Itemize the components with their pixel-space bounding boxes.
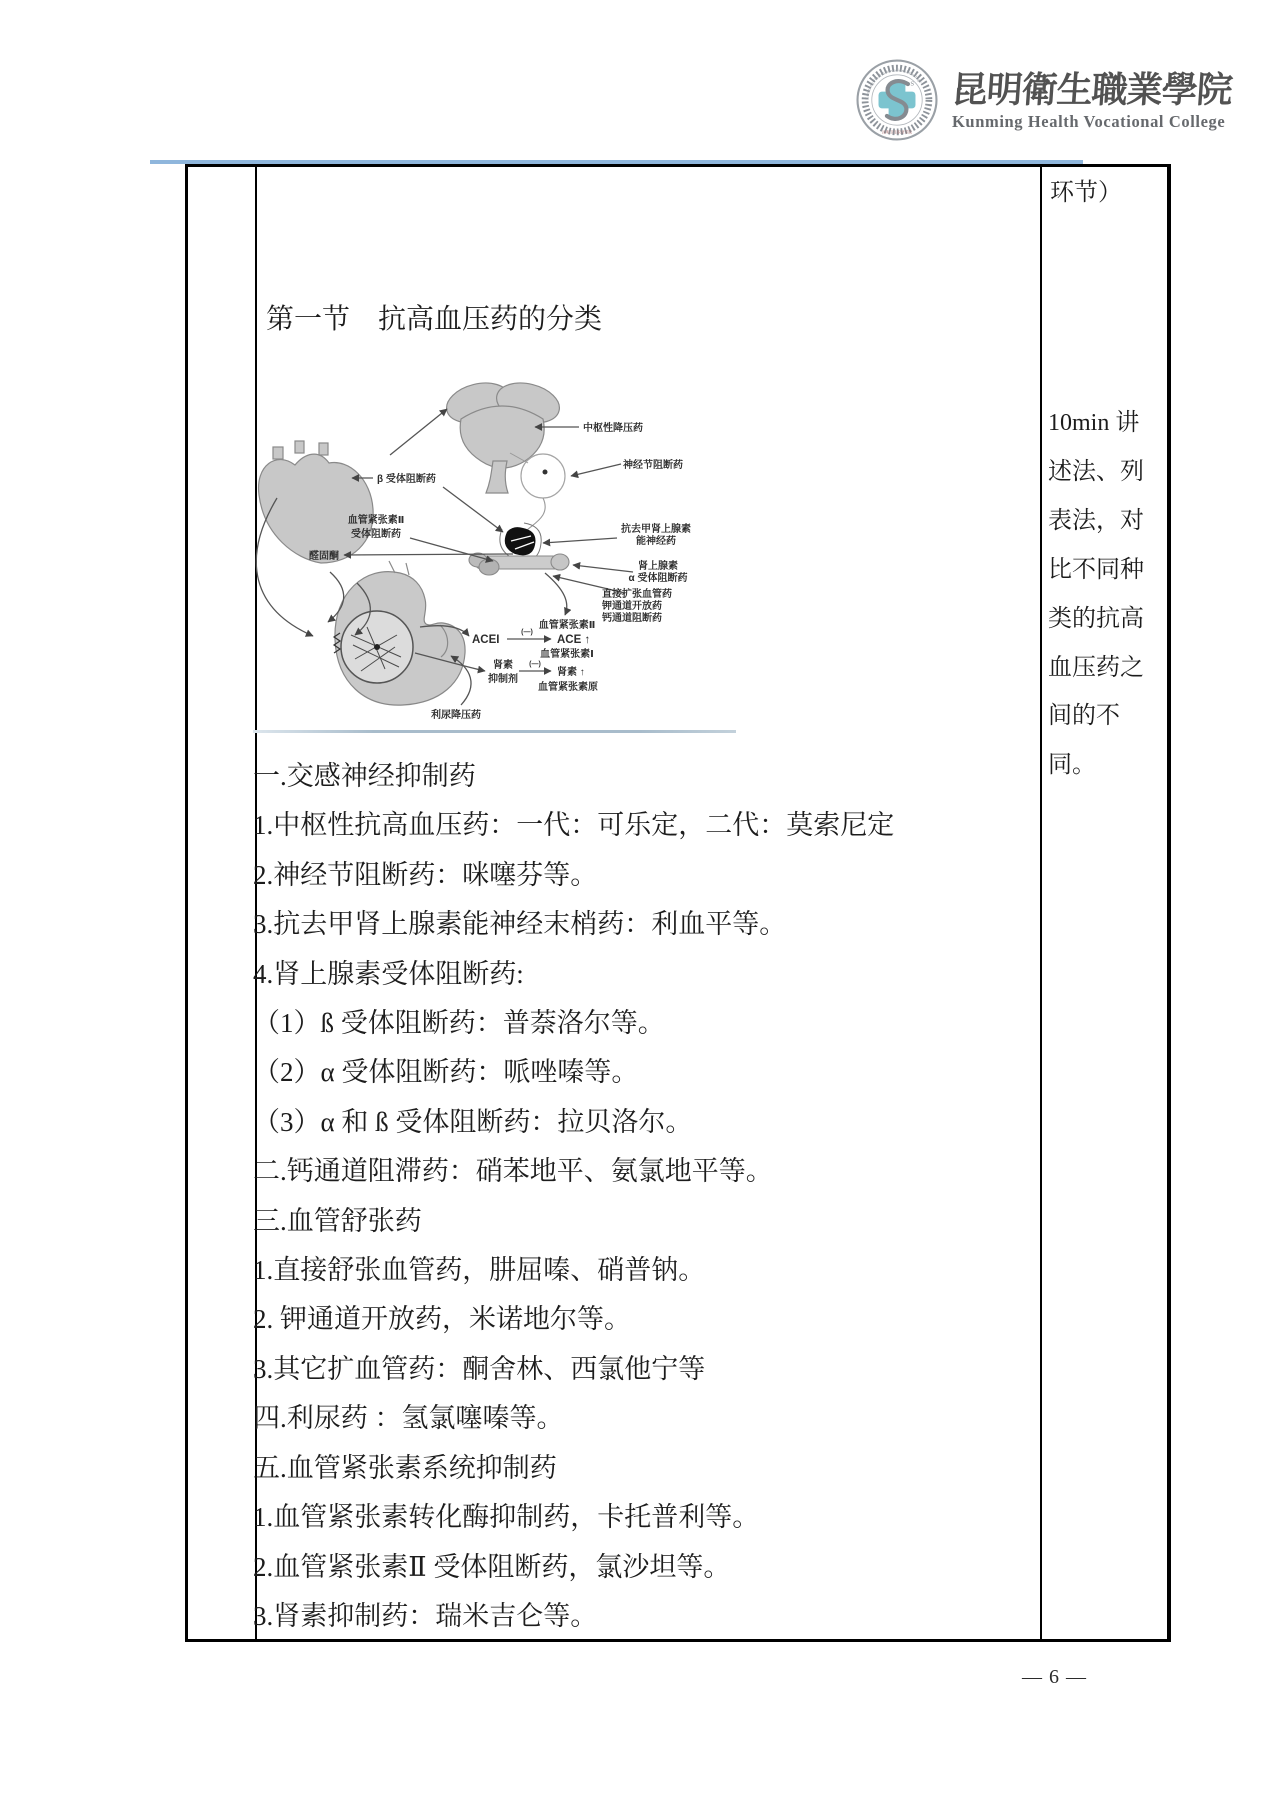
heart-illustration bbox=[259, 441, 374, 563]
note-line: 1.血管紧张素转化酶抑制药，卡托普利等。 bbox=[253, 1493, 1037, 1542]
brain-illustration bbox=[442, 377, 563, 493]
diagram-label: 利尿降压药 bbox=[430, 708, 481, 721]
section-title: 第一节 抗高血压药的分类 bbox=[266, 297, 602, 337]
note-line: 五.血管紧张素系统抑制药 bbox=[253, 1444, 1037, 1493]
diagram-label: α 受体阻断药 bbox=[629, 571, 688, 584]
seal-letter: S bbox=[910, 81, 914, 88]
right-column-continuation-text: 环节） bbox=[1050, 172, 1122, 207]
diagram-label: (—) bbox=[529, 661, 541, 668]
lecture-notes: 一.交感神经抑制药 1.中枢性抗高血压药：一代：可乐定，二代：莫索尼定 2.神经… bbox=[253, 752, 1037, 1641]
note-line: 二.钙通道阻滞药：硝苯地平、氨氯地平等。 bbox=[253, 1147, 1037, 1196]
note-line: 2.神经节阻断药：咪噻芬等。 bbox=[253, 851, 1037, 900]
diagram-label: 能神经药 bbox=[636, 534, 676, 547]
method-line: 同。 bbox=[1048, 741, 1166, 790]
method-line: 述法、列 bbox=[1048, 448, 1166, 497]
diagram-label: 神经节阻断药 bbox=[623, 458, 683, 471]
note-line: 3.肾素抑制药：瑞米吉仑等。 bbox=[253, 1592, 1037, 1641]
page-number: — 6 — bbox=[1022, 1666, 1087, 1689]
table-divider-right-column bbox=[1040, 167, 1042, 1639]
teaching-method-notes: 10min 讲 述法、列 表法，对 比不同种 类的抗高 血压药之 间的不 同。 bbox=[1048, 399, 1166, 790]
diagram-label: 血管紧张素Ⅱ bbox=[348, 513, 405, 526]
diagram-label: β 受体阻断药 bbox=[377, 472, 436, 485]
note-line: 1.中枢性抗高血压药：一代：可乐定，二代：莫索尼定 bbox=[253, 801, 1037, 850]
diagram-label: 血管紧张素原 bbox=[538, 680, 598, 693]
college-seal-logo: Kunming Health Vocational College S 昆明卫生… bbox=[855, 58, 939, 142]
diagram-label: 血管紧张素Ⅰ bbox=[540, 647, 594, 660]
diagram-label: 抗去甲肾上腺素 bbox=[621, 522, 691, 535]
note-line: （1）ß 受体阻断药：普萘洛尔等。 bbox=[253, 999, 1037, 1048]
diagram-divider-line bbox=[253, 730, 736, 733]
method-line: 血压药之 bbox=[1048, 644, 1166, 693]
kidney-illustration bbox=[334, 561, 465, 705]
note-line: 1.直接舒张血管药，肼屈嗪、硝普钠。 bbox=[253, 1246, 1037, 1295]
method-line: 表法，对 bbox=[1048, 497, 1166, 546]
diagram-label: 直接扩张血管药 bbox=[602, 587, 672, 600]
method-line: 比不同种 bbox=[1048, 546, 1166, 595]
diagram-label: 钙通道阻断药 bbox=[602, 611, 662, 624]
diagram-label: 血管紧张素Ⅱ bbox=[539, 618, 596, 631]
diagram-label: 抑制剂 bbox=[488, 672, 518, 685]
diagram-label: (—) bbox=[521, 629, 533, 636]
note-line: 一.交感神经抑制药 bbox=[253, 752, 1037, 801]
note-line: 3.抗去甲肾上腺素能神经末梢药：利血平等。 bbox=[253, 900, 1037, 949]
college-seal-icon: Kunming Health Vocational College S 昆明卫生… bbox=[855, 58, 939, 142]
note-line: 2.血管紧张素Ⅱ 受体阻断药，氯沙坦等。 bbox=[253, 1543, 1037, 1592]
magnifier-circle bbox=[521, 454, 565, 498]
method-line: 类的抗高 bbox=[1048, 595, 1166, 644]
blood-vessel-illustration bbox=[469, 553, 569, 575]
diagram-label: 醛固酮 bbox=[309, 549, 339, 562]
note-line: 四.利尿药 ：氢氯噻嗪等。 bbox=[253, 1394, 1037, 1443]
antihypertensive-classification-diagram: 中枢性降压药 神经节阻断药 抗去甲肾上腺素 能神经药 肾上腺素 α 受体阻断药 … bbox=[235, 335, 740, 730]
note-line: （2）α 受体阻断药：哌唑嗪等。 bbox=[253, 1048, 1037, 1097]
diagram-label: 钾通道开放药 bbox=[601, 599, 662, 612]
diagram-label: ACEI bbox=[472, 634, 499, 646]
diagram-label: 肾素 ↑ bbox=[557, 665, 585, 678]
note-line: 三.血管舒张药 bbox=[253, 1197, 1037, 1246]
seal-bottom-text: 昆明卫生职业学院 bbox=[882, 130, 912, 135]
diagram-label: ACE ↑ bbox=[557, 634, 590, 646]
note-line: 3.其它扩血管药：酮舍林、西氯他宁等 bbox=[253, 1345, 1037, 1394]
nerve-ganglion-illustration bbox=[500, 523, 541, 561]
diagram-label: 受体阻断药 bbox=[351, 527, 401, 540]
method-line: 间的不 bbox=[1048, 692, 1166, 741]
note-line: 2. 钾通道开放药，米诺地尔等。 bbox=[253, 1295, 1037, 1344]
college-name-english: Kunming Health Vocational College bbox=[952, 112, 1242, 132]
method-line: 10min 讲 bbox=[1048, 399, 1166, 448]
diagram-label: 中枢性降压药 bbox=[583, 421, 643, 434]
diagram-label: 肾素 bbox=[493, 658, 513, 671]
note-line: 4.肾上腺素受体阻断药: bbox=[253, 950, 1037, 999]
diagram-label: 肾上腺素 bbox=[638, 559, 678, 572]
college-name-calligraphy: 昆明衛生職業學院 bbox=[950, 62, 1243, 110]
note-line: （3）α 和 ß 受体阻断药：拉贝洛尔。 bbox=[253, 1098, 1037, 1147]
